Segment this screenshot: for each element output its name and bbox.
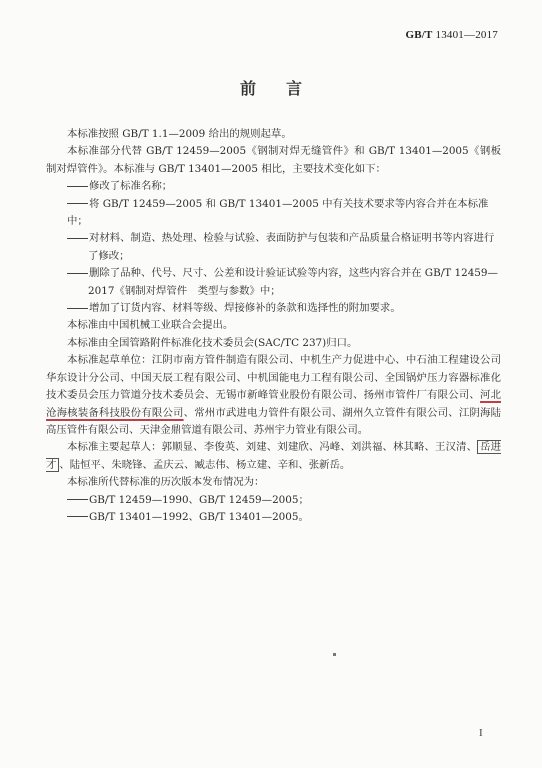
change-item: 对材料、制造、热处理、检验与试验、表面防护与包装和产品质量合格证明书等内容进行了… xyxy=(46,230,501,265)
foreword-body: 本标准按照 GB/T 1.1—2009 给出的规则起草。 本标准部分代替 GB/… xyxy=(46,126,501,526)
standard-code-number: 13401—2017 xyxy=(436,29,499,41)
paragraph-drafters: 本标准主要起草人：郭顺显、李俊英、刘建、刘建欣、冯峰、刘洪福、林其略、王汉清、岳… xyxy=(46,439,501,474)
paragraph-replacement: 本标准部分代替 GB/T 12459—2005《钢制对焊无缝管件》和 GB/T … xyxy=(46,143,501,178)
dash-icon xyxy=(67,186,88,187)
dash-icon xyxy=(67,308,88,309)
scan-speck xyxy=(333,653,336,656)
dash-icon xyxy=(67,499,88,500)
dash-icon xyxy=(67,273,88,274)
paragraph-drafting-units: 本标准起草单位：江阴市南方管件制造有限公司、中机生产力促进中心、中石油工程建设公… xyxy=(46,352,501,439)
history-item: GB/T 13401—1992、GB/T 13401—2005。 xyxy=(46,509,501,526)
page-title: 前言 xyxy=(0,76,542,99)
standard-code-header: GB/T 13401—2017 xyxy=(405,29,498,41)
change-item: 增加了订货内容、材料等级、焊接修补的条款和选择性的附加要求。 xyxy=(46,300,501,317)
history-item: GB/T 12459—1990、GB/T 12459—2005； xyxy=(46,492,501,509)
paragraph-proposer: 本标准由中国机械工业联合会提出。 xyxy=(46,317,501,334)
paragraph-administrator: 本标准由全国管路附件标准化技术委员会(SAC/TC 237)归口。 xyxy=(46,335,501,352)
dash-icon xyxy=(67,203,88,204)
dash-icon xyxy=(67,238,88,239)
paragraph-drafting-rules: 本标准按照 GB/T 1.1—2009 给出的规则起草。 xyxy=(46,126,501,143)
change-item: 修改了标准名称； xyxy=(46,178,501,195)
standard-code-prefix: GB/T xyxy=(405,29,432,41)
paragraph-history-intro: 本标准所代替标准的历次版本发布情况为： xyxy=(46,474,501,491)
dash-icon xyxy=(67,516,88,517)
change-item: 删除了品种、代号、尺寸、公差和设计验证试验等内容，这些内容合并在 GB/T 12… xyxy=(46,265,501,300)
page-number: I xyxy=(479,727,483,739)
change-item: 将 GB/T 12459—2005 和 GB/T 13401—2005 中有关技… xyxy=(46,196,501,231)
